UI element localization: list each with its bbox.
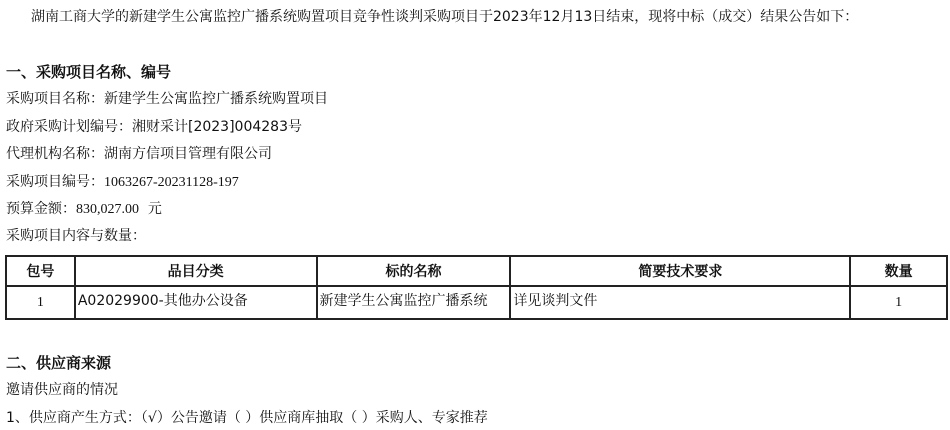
agency-value: 湖南方信项目管理有限公司 [104,146,272,162]
procurement-items-table: 包号 品目分类 标的名称 简要技术要求 数量 1 A02029900-其他办公设… [5,255,948,320]
table-header-row: 包号 品目分类 标的名称 简要技术要求 数量 [6,256,947,286]
cell-tech-requirements: 详见谈判文件 [510,286,850,319]
agency-label: 代理机构名称： [6,146,104,162]
content-label: 采购项目内容与数量： [6,227,146,245]
invite-suppliers-label: 邀请供应商的情况 [6,381,118,399]
col-header-category: 品目分类 [75,256,317,286]
budget-label: 预算金额： [6,201,76,217]
project-no-value: 1063267-20231128-197 [104,175,239,190]
project-no-row: 采购项目编号：1063267-20231128-197 [6,173,239,192]
cell-subject-name: 新建学生公寓监控广播系统 [317,286,511,319]
cell-quantity: 1 [850,286,947,319]
budget-row: 预算金额：830,027.00 元 [6,200,162,219]
agency-row: 代理机构名称：湖南方信项目管理有限公司 [6,145,272,163]
project-name-row: 采购项目名称：新建学生公寓监控广播系统购置项目 [6,90,328,108]
plan-no-row: 政府采购计划编号：湘财采计[2023]004283号 [6,118,302,136]
plan-no-label: 政府采购计划编号： [6,119,132,135]
cell-package-no: 1 [6,286,75,319]
supplier-method-line: 1、供应商产生方式：（√）公告邀请（ ）供应商库抽取（ ）采购人、专家推荐 [6,409,488,427]
project-no-label: 采购项目编号： [6,174,104,190]
project-name-value: 新建学生公寓监控广播系统购置项目 [104,91,328,107]
table-row: 1 A02029900-其他办公设备 新建学生公寓监控广播系统 详见谈判文件 1 [6,286,947,319]
section1-heading: 一、采购项目名称、编号 [6,63,171,81]
project-name-label: 采购项目名称： [6,91,104,107]
col-header-tech-requirements: 简要技术要求 [510,256,850,286]
announcement-intro: 湖南工商大学的新建学生公寓监控广播系统购置项目竞争性谈判采购项目于2023年12… [31,8,858,26]
section2-heading: 二、供应商来源 [6,354,111,372]
budget-value: 830,027.00 [76,202,139,217]
plan-no-value: 湘财采计[2023]004283号 [132,119,302,135]
cell-category: A02029900-其他办公设备 [75,286,317,319]
budget-unit: 元 [148,201,162,217]
col-header-package-no: 包号 [6,256,75,286]
col-header-subject-name: 标的名称 [317,256,511,286]
col-header-quantity: 数量 [850,256,947,286]
